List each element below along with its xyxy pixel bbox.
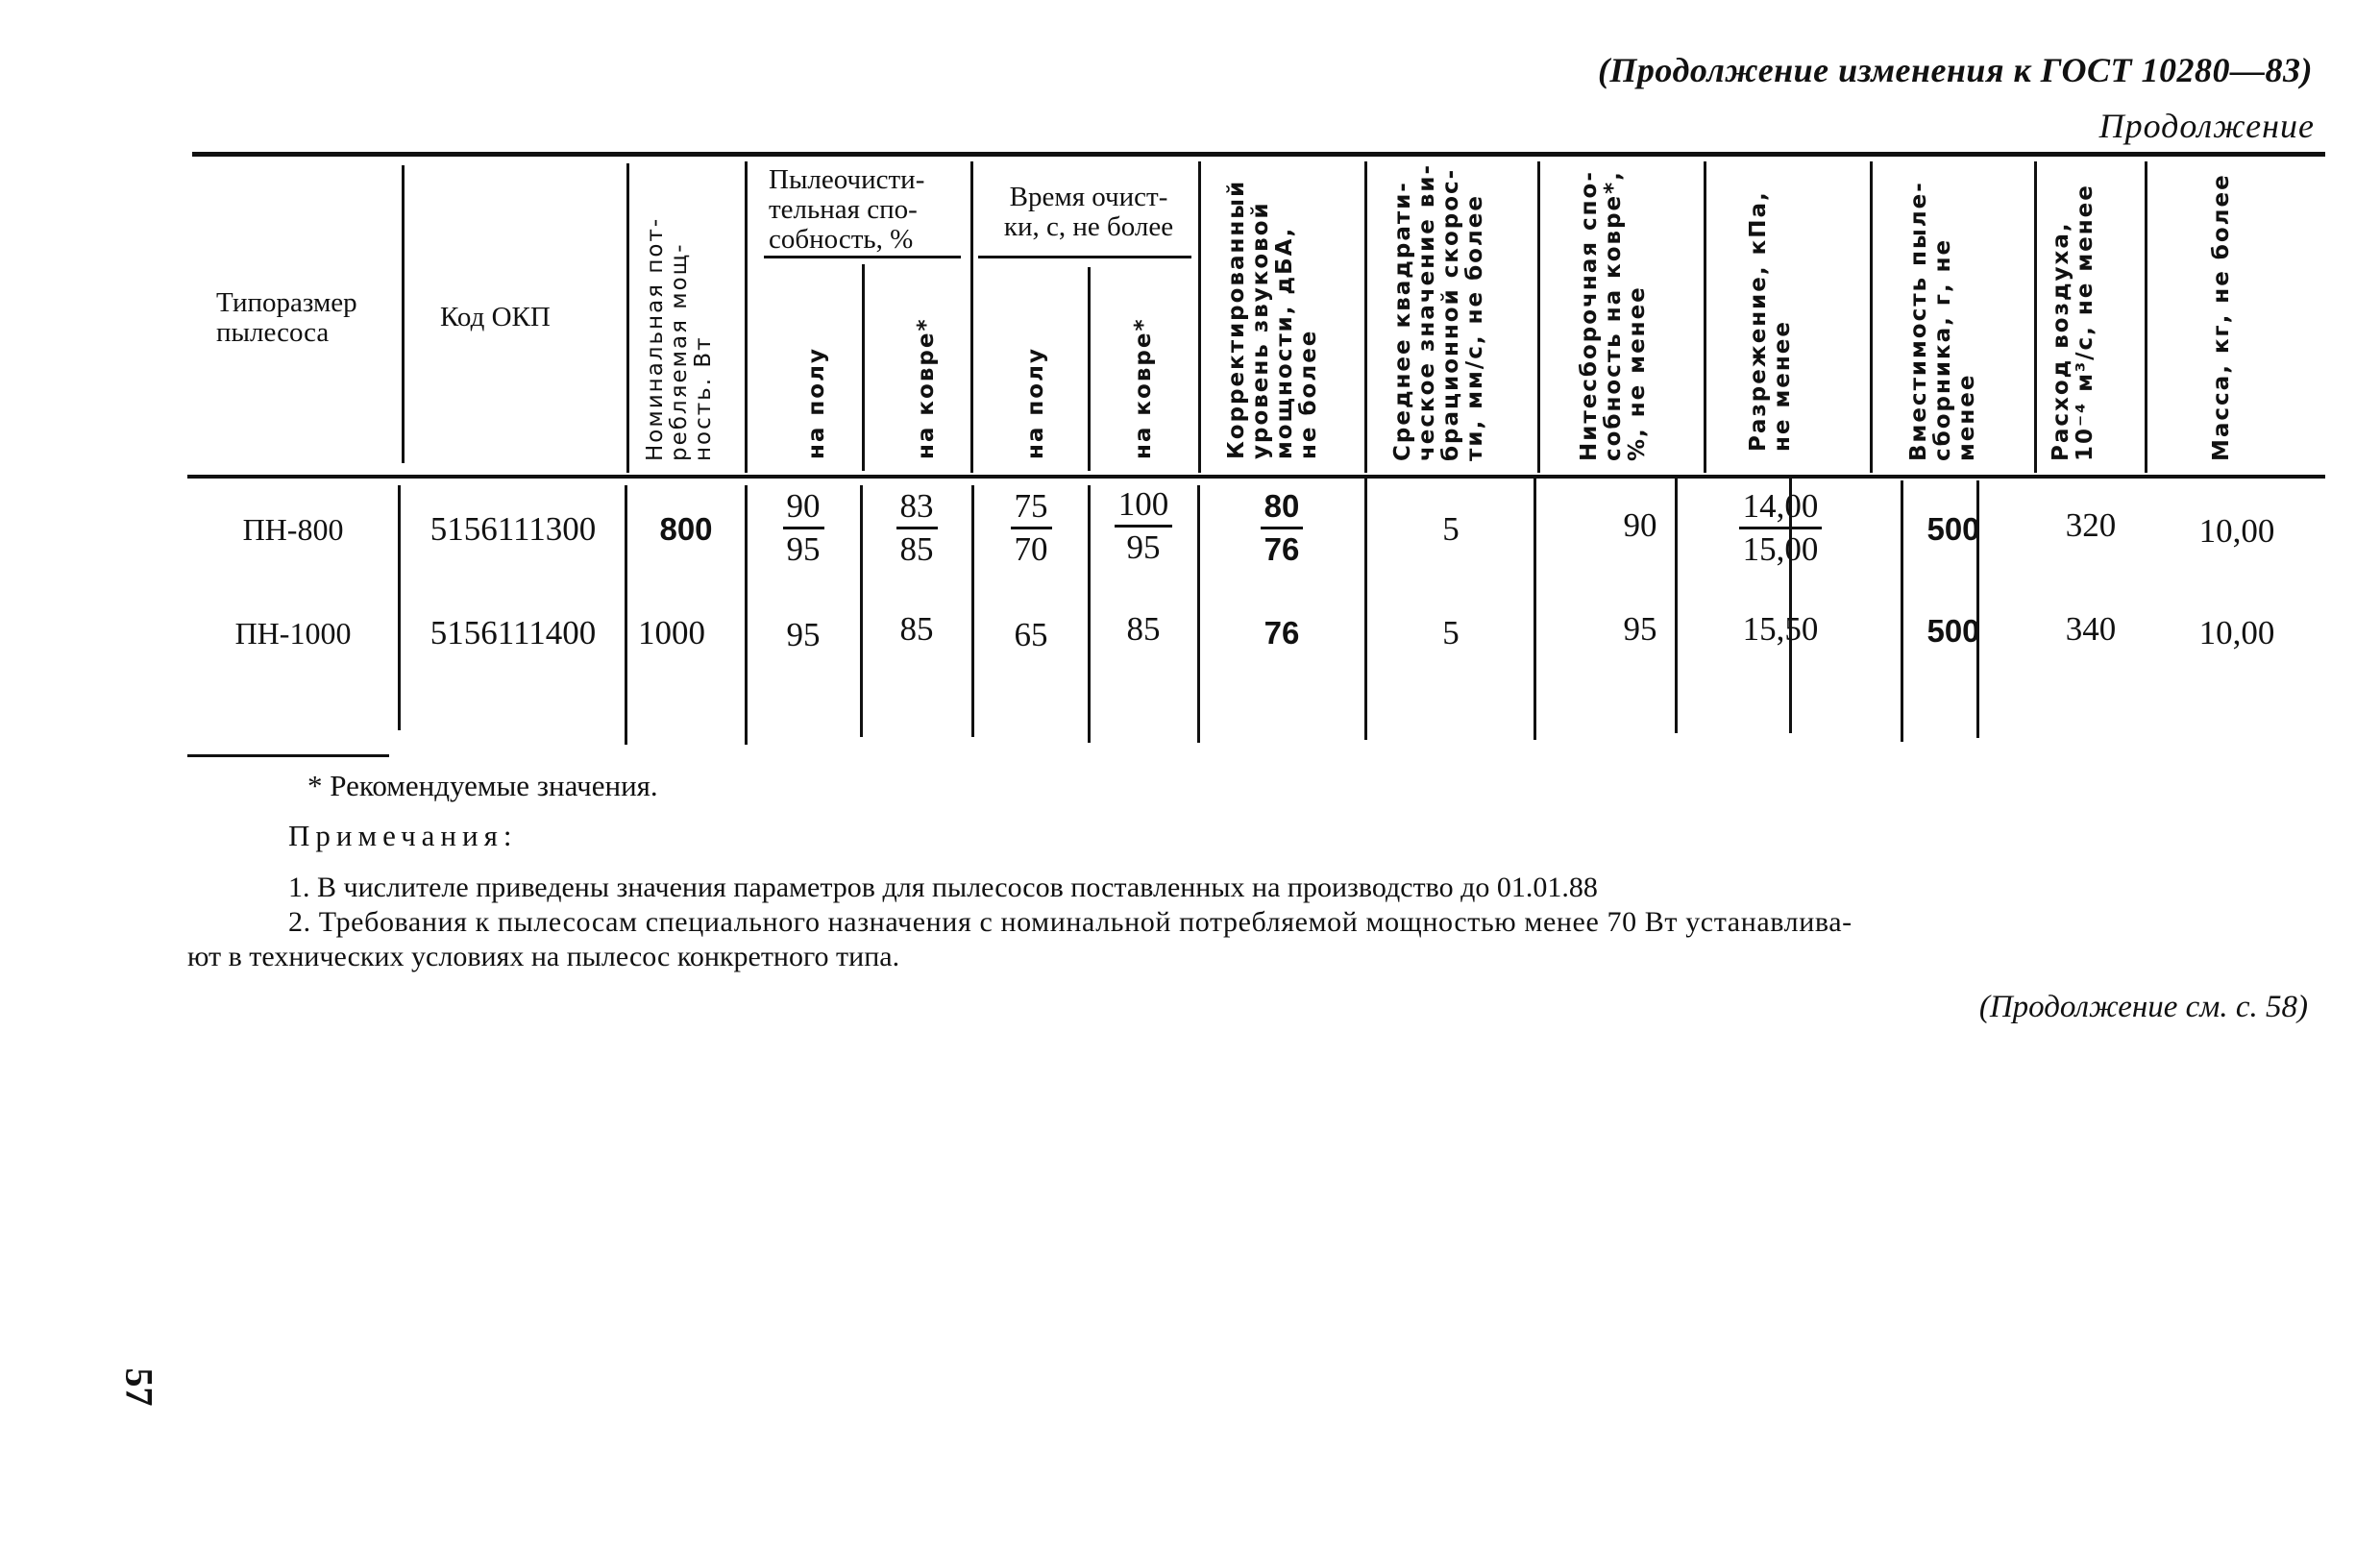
divider xyxy=(2034,161,2037,473)
footnote-rule xyxy=(187,754,389,757)
col-header-thread-pickup: Нитесборочная спо- собность на ковре*, %… xyxy=(1578,170,1650,461)
divider xyxy=(1364,476,1367,740)
divider xyxy=(1537,161,1540,473)
cell-dust-capacity: 500 xyxy=(1874,613,2033,650)
cell-vacuum: 14,0015,00 xyxy=(1691,488,1870,568)
cell-dust-floor: 9095 xyxy=(748,488,859,568)
col-header-mass: Масса, кг, не более xyxy=(2210,173,2234,461)
cell-air-flow: 320 xyxy=(2037,507,2145,544)
divider xyxy=(1870,161,1873,473)
cell-type: ПН-800 xyxy=(192,511,394,548)
divider xyxy=(1197,485,1200,743)
divider xyxy=(402,165,405,463)
cell-vibration: 5 xyxy=(1368,511,1534,548)
cell-mass: 10,00 xyxy=(2148,513,2325,550)
cell-vacuum: 15,50 xyxy=(1691,611,1870,648)
col-header-time-group: Время очист- ки, с, не более xyxy=(978,183,1199,242)
cell-time-carpet: 10095 xyxy=(1090,486,1197,566)
running-title: (Продолжение изменения к ГОСТ 10280—83) xyxy=(1598,50,2313,90)
cell-power: 800 xyxy=(628,511,744,548)
group-rule xyxy=(764,256,961,258)
note-item: 1. В числителе приведены значения параме… xyxy=(288,871,1598,905)
divider xyxy=(745,161,748,473)
cell-okp: 5156111300 xyxy=(402,511,625,548)
col-header-time-carpet: на ковре* xyxy=(1132,318,1156,459)
col-header-vibration: Среднее квадрати- ческое значение ви- бр… xyxy=(1391,163,1487,461)
divider xyxy=(1364,161,1367,473)
col-header-vacuum: Разрежение, кПа, не менее xyxy=(1747,190,1795,452)
col-header-time-floor: на полу xyxy=(1024,347,1048,459)
continuation-label: Продолжение xyxy=(2099,106,2315,146)
group-rule xyxy=(978,256,1191,258)
divider xyxy=(398,485,401,730)
divider xyxy=(1088,267,1091,471)
cell-time-floor: 7570 xyxy=(974,488,1088,568)
cell-time-floor: 65 xyxy=(974,617,1088,653)
divider xyxy=(625,485,627,745)
cell-sound-power: 8076 xyxy=(1201,488,1362,568)
cell-time-carpet: 85 xyxy=(1090,611,1197,648)
cell-mass: 10,00 xyxy=(2148,615,2325,651)
cell-sound-power: 76 xyxy=(1201,615,1362,651)
col-header-air-flow: Расход воздуха, 10⁻⁴ м³/с, не менее xyxy=(2049,184,2098,461)
footnote: * Рекомендуемые значения. xyxy=(307,769,658,803)
table-top-rule xyxy=(192,152,2325,157)
notes-title: Примечания: xyxy=(288,819,517,853)
divider xyxy=(1534,476,1536,740)
col-header-power: Номинальная пот- ребляемая мощ- ность. В… xyxy=(644,217,716,461)
cell-dust-capacity: 500 xyxy=(1874,511,2033,548)
cell-vibration: 5 xyxy=(1368,615,1534,651)
header-bottom-rule xyxy=(187,475,2325,479)
cell-dust-carpet: 85 xyxy=(863,611,970,648)
continuation-reference: (Продолжение см. с. 58) xyxy=(1979,990,2308,1024)
cell-okp: 5156111400 xyxy=(402,615,625,651)
note-item: ют в технических условиях на пылесос кон… xyxy=(187,940,899,974)
page-number: 57 xyxy=(117,1368,162,1407)
divider xyxy=(2145,161,2147,473)
note-item: 2. Требования к пылесосам специального н… xyxy=(288,905,1852,940)
col-header-dust-carpet: на ковре* xyxy=(915,318,939,459)
col-header-dust-group: Пылеочисти- тельная спо- собность, % xyxy=(769,165,924,255)
cell-dust-floor: 95 xyxy=(748,617,859,653)
cell-air-flow: 340 xyxy=(2037,611,2145,648)
divider xyxy=(626,163,629,473)
col-header-type: Типоразмер пылесоса xyxy=(216,288,399,348)
col-header-dust-capacity: Вместимость пыле- сборника, г, не менее xyxy=(1907,181,1979,461)
col-header-okp: Код ОКП xyxy=(440,303,551,332)
col-header-dust-floor: на полу xyxy=(805,347,829,459)
cell-type: ПН-1000 xyxy=(192,615,394,651)
divider xyxy=(862,264,865,471)
cell-power: 1000 xyxy=(628,615,715,651)
divider xyxy=(970,161,973,473)
col-header-sound-power: Корректированный уровень звуковой мощнос… xyxy=(1225,180,1321,459)
divider xyxy=(1704,161,1706,473)
cell-dust-carpet: 8385 xyxy=(863,488,970,568)
